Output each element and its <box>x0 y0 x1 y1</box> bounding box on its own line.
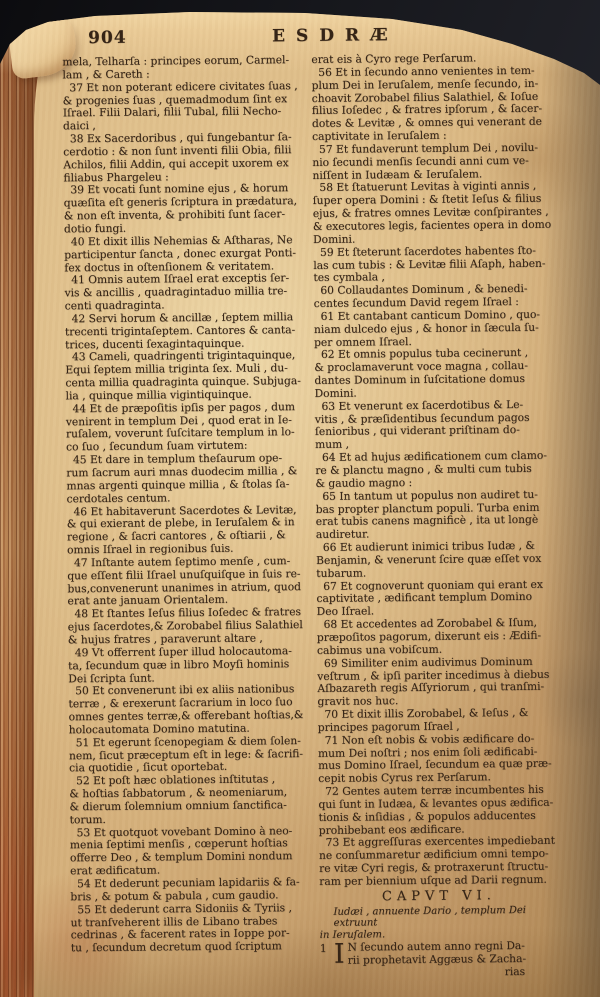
verse-number: 1 <box>320 942 333 968</box>
argument-line: Iudæi , annuente Dario , templum Dei ext… <box>319 904 558 929</box>
left-column: mela, Telharſa : principes eorum, Carmel… <box>62 54 310 983</box>
chapter-heading: CAPVT VI. <box>319 889 558 904</box>
page-header: 904 ESDRÆ <box>62 22 550 53</box>
text-line: mela, Telharſa : principes eorum, Carmel… <box>62 54 301 69</box>
text-line: rii prophetavit Aggæus & Zacha- <box>348 953 526 967</box>
text-line: niam dulcedo ejus , & honor in ſæcula ſu… <box>314 321 553 336</box>
text-line: & executores legis, facientes opera in d… <box>313 219 552 234</box>
chapter-argument: Iudæi , annuente Dario , templum Dei ext… <box>319 904 558 941</box>
text-line: mnas argenti quinque millia , & ſtolas ſ… <box>66 478 305 493</box>
first-verse: 1 I N ſecundo autem anno regni Da- rii p… <box>320 940 559 968</box>
right-column-text: erat eis à Cyro rege Perſarum. 56 Et in … <box>311 52 558 889</box>
text-line: ſenioribus , qui viderant priſtinam do- <box>315 424 554 439</box>
text-line: ta, ſecundum quæ in libro Moyſi hominis <box>68 658 307 673</box>
text-columns: mela, Telharſa : principes eorum, Carmel… <box>62 52 559 983</box>
first-verse-lines: N ſecundo autem anno regni Da- rii proph… <box>347 940 526 967</box>
text-line: tu , ſecundum decretum quod ſcriptum <box>71 940 310 955</box>
text-line: Iſrael. Filii Dalari, filii Tubal, filii… <box>63 105 302 120</box>
page-content: 904 ESDRÆ mela, Telharſa : principes eor… <box>62 22 559 983</box>
running-title: ESDRÆ <box>272 25 399 46</box>
page-number: 904 <box>88 28 127 48</box>
book-page: 904 ESDRÆ mela, Telharſa : principes eor… <box>0 0 600 997</box>
text-line: re & planctu magno , & multi cum tubis <box>315 463 554 478</box>
text-line: Achilos, filii Addin, qui accepit uxorem… <box>63 157 302 172</box>
text-line: ram per biennium uſque ad Darii regnum. <box>319 874 558 889</box>
catchword: rias <box>320 965 559 980</box>
scan-background: 904 ESDRÆ mela, Telharſa : principes eor… <box>0 0 600 997</box>
right-column: erat eis à Cyro rege Perſarum. 56 Et in … <box>311 52 559 981</box>
text-line: Benjamin, & venerunt ſcire quæ eſſet vox <box>316 553 555 568</box>
drop-cap-initial: I <box>333 942 348 968</box>
text-line: & dierum ſolemnium omnium ſanctifica- <box>69 799 308 814</box>
